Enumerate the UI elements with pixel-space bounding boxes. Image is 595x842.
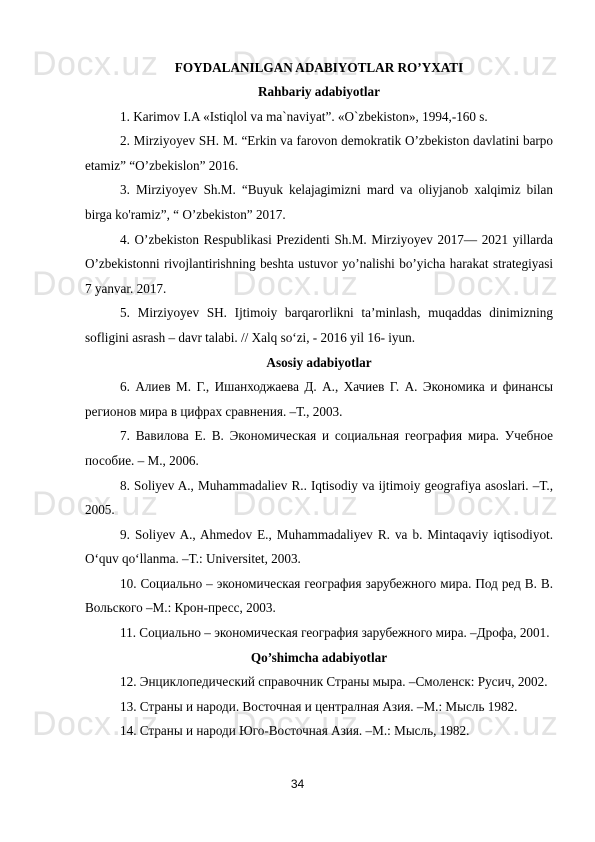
reference-item: 1. Karimov I.A «Istiqlol va ma`naviyat”.…: [85, 105, 553, 130]
reference-item: 5. Mirziyoyev SH. Ijtimoiy barqarorlikni…: [85, 301, 553, 350]
reference-item: 10. Социально – экономическая география …: [85, 572, 553, 621]
reference-item: 8. Soliyev A., Muhammadaliev R.. Iqtisod…: [85, 474, 553, 523]
page-title: FOYDALANILGAN ADABIYOTLAR RO’YXATI: [85, 58, 553, 80]
reference-item: 3. Mirziyoyev Sh.M. “Buyuk kelajagimizni…: [85, 178, 553, 227]
section-asosiy: Asosiy adabiyotlar 6. Алиев М. Г., Ишанх…: [85, 351, 553, 646]
reference-item: 7. Вавилова Е. В. Экономическая и социал…: [85, 424, 553, 473]
reference-item: 4. O’zbekiston Respublikasi Prezidenti S…: [85, 228, 553, 302]
section-heading: Asosiy adabiyotlar: [85, 351, 553, 376]
section-rahbariy: Rahbariy adabiyotlar 1. Karimov I.A «Ist…: [85, 80, 553, 351]
page-number: 34: [0, 777, 595, 791]
reference-item: 6. Алиев М. Г., Ишанходжаева Д. А., Хачи…: [85, 375, 553, 424]
reference-item: 14. Страны и народи Юго-Восточная Азия. …: [85, 719, 553, 744]
section-heading: Rahbariy adabiyotlar: [85, 80, 553, 105]
reference-item: 2. Mirziyoyev SH. M. “Erkin va farovon d…: [85, 129, 553, 178]
document-page: FOYDALANILGAN ADABIYOTLAR RO’YXATI Rahba…: [85, 58, 553, 744]
reference-item: 9. Soliyev A., Ahmedov E., Muhammadaliye…: [85, 523, 553, 572]
reference-item: 11. Социально – экономическая география …: [85, 621, 553, 646]
section-heading: Qo’shimcha adabiyotlar: [85, 646, 553, 671]
reference-item: 12. Энциклопедический справочник Страны …: [85, 670, 553, 695]
section-qoshimcha: Qo’shimcha adabiyotlar 12. Энциклопедиче…: [85, 646, 553, 744]
reference-item: 13. Страны и народи. Восточная и централ…: [85, 695, 553, 720]
